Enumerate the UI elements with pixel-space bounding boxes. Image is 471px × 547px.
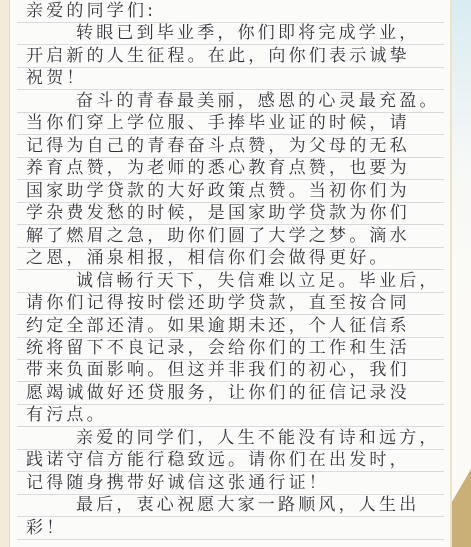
page-edge [450, 0, 471, 547]
letter-line: 记得为自己的青春奋斗点赞，为父母的无私 [17, 135, 444, 157]
letter-page: 亲爱的同学们:转眼已到毕业季，你们即将完成学业，开启新的人生征程。在此，向你们表… [0, 0, 471, 547]
letter-line-text: 开启新的人生征程。在此，向你们表示诚挚 [26, 46, 410, 67]
letter-line: 国家助学贷款的大好政策点赞。当初你们为 [17, 180, 444, 202]
letter-line: 祝贺！ [17, 68, 444, 90]
letter-line-text: 有污点。 [26, 405, 107, 426]
letter-line: 有污点。 [17, 405, 444, 427]
letter-line: 亲爱的同学们，人生不能没有诗和远方， [17, 427, 444, 449]
letter-line: 奋斗的青春最美丽，感恩的心灵最充盈。 [17, 90, 444, 112]
letter-line-text: 请你们记得按时偿还助学贷款，直至按合同 [26, 293, 410, 314]
letter-line: 当你们穿上学位服、手捧毕业证的时候，请 [17, 113, 444, 135]
letter-line-text: 最后，衷心祝愿大家一路顺风，人生出 [76, 495, 419, 516]
letter-line-text: 之恩，涌泉相报，相信你们会做得更好。 [26, 248, 390, 269]
letter-line-text: 彩！ [26, 518, 66, 539]
letter-line: 最后，衷心祝愿大家一路顺风，人生出 [17, 495, 444, 517]
letter-line: 之恩，涌泉相报，相信你们会做得更好。 [17, 248, 444, 270]
ruled-lines: 亲爱的同学们:转眼已到毕业季，你们即将完成学业，开启新的人生征程。在此，向你们表… [17, 1, 444, 540]
letter-line-text: 记得为自己的青春奋斗点赞，为父母的无私 [26, 136, 410, 157]
letter-line: 请你们记得按时偿还助学贷款，直至按合同 [17, 293, 444, 315]
letter-line-text: 带来负面影响。但这并非我们的初心，我们 [26, 360, 410, 381]
letter-line-text: 亲爱的同学们，人生不能没有诗和远方， [76, 428, 440, 449]
letter-line-text: 当你们穿上学位服、手捧毕业证的时候，请 [26, 113, 410, 134]
letter-line-text: 诚信畅行天下，失信难以立足。毕业后， [76, 271, 440, 292]
letter-line-text: 国家助学贷款的大好政策点赞。当初你们为 [26, 181, 410, 202]
letter-line: 转眼已到毕业季，你们即将完成学业， [17, 23, 444, 45]
letter-line: 解了燃眉之急，助你们圆了大学之梦。滴水 [17, 225, 444, 247]
letter-line-text: 养育点赞，为老师的悉心教育点赞，也要为 [26, 158, 410, 179]
letter-line-text: 学杂费发愁的时候，是国家助学贷款为你们 [26, 203, 410, 224]
letter-line-text: 解了燃眉之急，助你们圆了大学之梦。滴水 [26, 226, 410, 247]
letter-line: 彩！ [17, 517, 444, 539]
paper-spine [0, 0, 10, 547]
letter-line-text: 约定全部还清。如果逾期未还，个人征信系 [26, 316, 410, 337]
letter-line: 学杂费发愁的时候，是国家助学贷款为你们 [17, 203, 444, 225]
letter-line-text: 愿竭诚做好还贷服务，让你们的征信记录没 [26, 383, 410, 404]
letter-line: 开启新的人生征程。在此，向你们表示诚挚 [17, 45, 444, 67]
letter-line-text: 践诺守信方能行稳致远。请你们在出发时， [26, 450, 410, 471]
letter-line-text: 祝贺！ [26, 68, 87, 89]
letter-line: 践诺守信方能行稳致远。请你们在出发时， [17, 450, 444, 472]
letter-line: 约定全部还清。如果逾期未还，个人征信系 [17, 315, 444, 337]
letter-line: 记得随身携带好诚信这张通行证！ [17, 472, 444, 494]
letter-line-text: 奋斗的青春最美丽，感恩的心灵最充盈。 [76, 91, 440, 112]
letter-line: 带来负面影响。但这并非我们的初心，我们 [17, 360, 444, 382]
letter-line: 愿竭诚做好还贷服务，让你们的征信记录没 [17, 382, 444, 404]
letter-line-text: 统将留下不良记录，会给你们的工作和生活 [26, 338, 410, 359]
letter-line: 亲爱的同学们: [17, 1, 444, 23]
letter-line: 统将留下不良记录，会给你们的工作和生活 [17, 338, 444, 360]
letter-line-text: 转眼已到毕业季，你们即将完成学业， [76, 23, 419, 44]
letter-line-text: 记得随身携带好诚信这张通行证！ [26, 473, 329, 494]
letter-line: 诚信畅行天下，失信难以立足。毕业后， [17, 270, 444, 292]
letter-line: 养育点赞，为老师的悉心教育点赞，也要为 [17, 158, 444, 180]
letter-line-text: 亲爱的同学们: [26, 1, 156, 22]
